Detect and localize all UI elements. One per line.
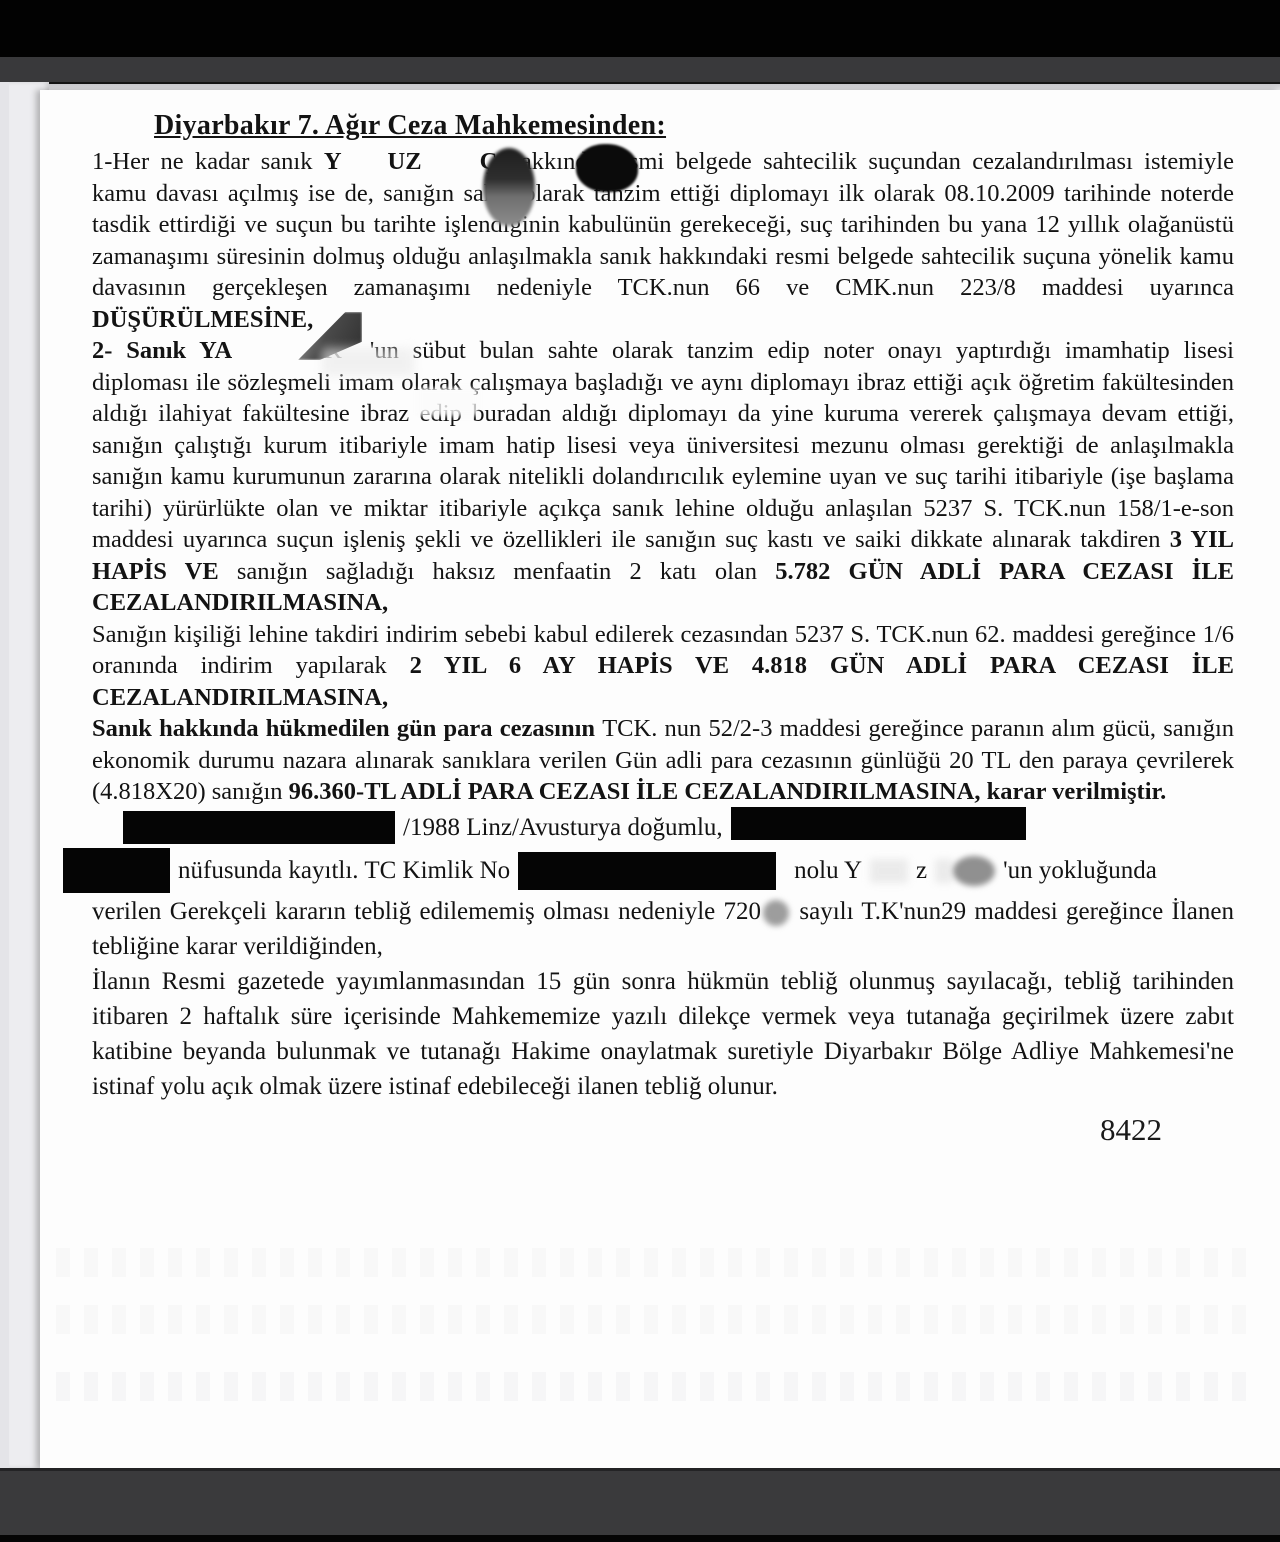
viewer-top-gray-bar [0, 57, 1280, 84]
p1-name-part2: UZ [388, 148, 422, 175]
name-fragment: z [908, 857, 935, 885]
scan-artifact-row [56, 1248, 1256, 1277]
record-number: 8422 [92, 1112, 1162, 1148]
redaction-box [731, 807, 1026, 840]
redaction-box [63, 848, 170, 893]
redaction-box [518, 852, 776, 890]
p4-lead-bold: Sanık hakkında hükmedilen gün para cezas… [92, 715, 602, 742]
scanned-document-page: Diyarbakır 7. Ağır Ceza Mahkemesinden: 1… [40, 90, 1280, 1468]
paragraph-6: verilen Gerekçeli kararın tebliğ edileme… [92, 894, 1234, 964]
paragraph-3: Sanığın kişiliği lehine takdiri indirim … [92, 619, 1234, 714]
paragraph-7: İlanın Resmi gazetede yayımlanmasından 1… [92, 964, 1234, 1104]
scan-artifact-row [56, 1372, 1256, 1401]
redacted-identity-line-2: nüfusunda kayıtlı. TC Kimlik No nolu Y z… [63, 848, 1234, 894]
redacted-identity-line-1: /1988 Linz/Avusturya doğumlu, [123, 808, 1234, 848]
p2-name-part1: YA [199, 337, 232, 364]
id-number-label: nolu Y [786, 857, 870, 885]
p7-body: İlanın Resmi gazetede yayımlanmasından 1… [92, 968, 1234, 1100]
redacted-gap [422, 165, 480, 169]
redacted-gap [342, 354, 370, 358]
birth-info-text: /1988 Linz/Avusturya doğumlu, [395, 814, 731, 842]
p2-lead: 2- Sanık [92, 337, 199, 364]
p1-name-part3: Ç [480, 148, 498, 175]
scan-artifact-row [56, 1305, 1256, 1334]
redacted-gap [232, 354, 324, 358]
paragraph-2: 2- Sanık YAK'un sübut bulan sahte olarak… [92, 335, 1234, 619]
gray-redaction-smudge [763, 900, 789, 926]
p1-lead: 1-Her ne kadar sanık [92, 148, 324, 175]
p4-fine-bold: 96.360-TL ADLİ PARA CEZASI İLE [289, 778, 679, 805]
p1-verdict-bold: DÜŞÜRÜLMESİNE, [92, 306, 313, 333]
erased-name-smudge [870, 859, 908, 883]
absence-text: 'un yokluğunda [995, 857, 1165, 885]
redaction-box [123, 811, 395, 844]
paragraph-1: 1-Her ne kadar sanık YUZÇ hakkında resmi… [92, 146, 1234, 335]
document-content: Diyarbakır 7. Ağır Ceza Mahkemesinden: 1… [40, 90, 1280, 1148]
viewer-top-black-bar [0, 0, 1280, 57]
document-title: Diyarbakır 7. Ağır Ceza Mahkemesinden: [154, 110, 1234, 142]
p6-part-a: verilen Gerekçeli kararın tebliğ edileme… [92, 898, 761, 925]
registry-text: nüfusunda kayıtlı. TC Kimlik No [170, 857, 518, 885]
p1-name-part1: Y [324, 148, 342, 175]
viewer-bottom-black-bar [0, 1535, 1280, 1542]
p4-closing-bold: CEZALANDIRILMASINA, karar verilmiştir. [684, 778, 1166, 805]
paragraph-4: Sanık hakkında hükmedilen gün para cezas… [92, 713, 1234, 808]
redacted-gap [342, 165, 388, 169]
p2-mid: sanığın sağladığı haksız menfaatin 2 kat… [237, 558, 775, 585]
erased-name-smudge [935, 859, 953, 883]
viewer-bottom-gray-bar [0, 1468, 1280, 1538]
p2-name-part2: K [324, 337, 342, 364]
p2-body: 'un sübut bulan sahte olarak tanzim edip… [92, 337, 1234, 553]
gray-redaction-smudge [953, 856, 995, 886]
